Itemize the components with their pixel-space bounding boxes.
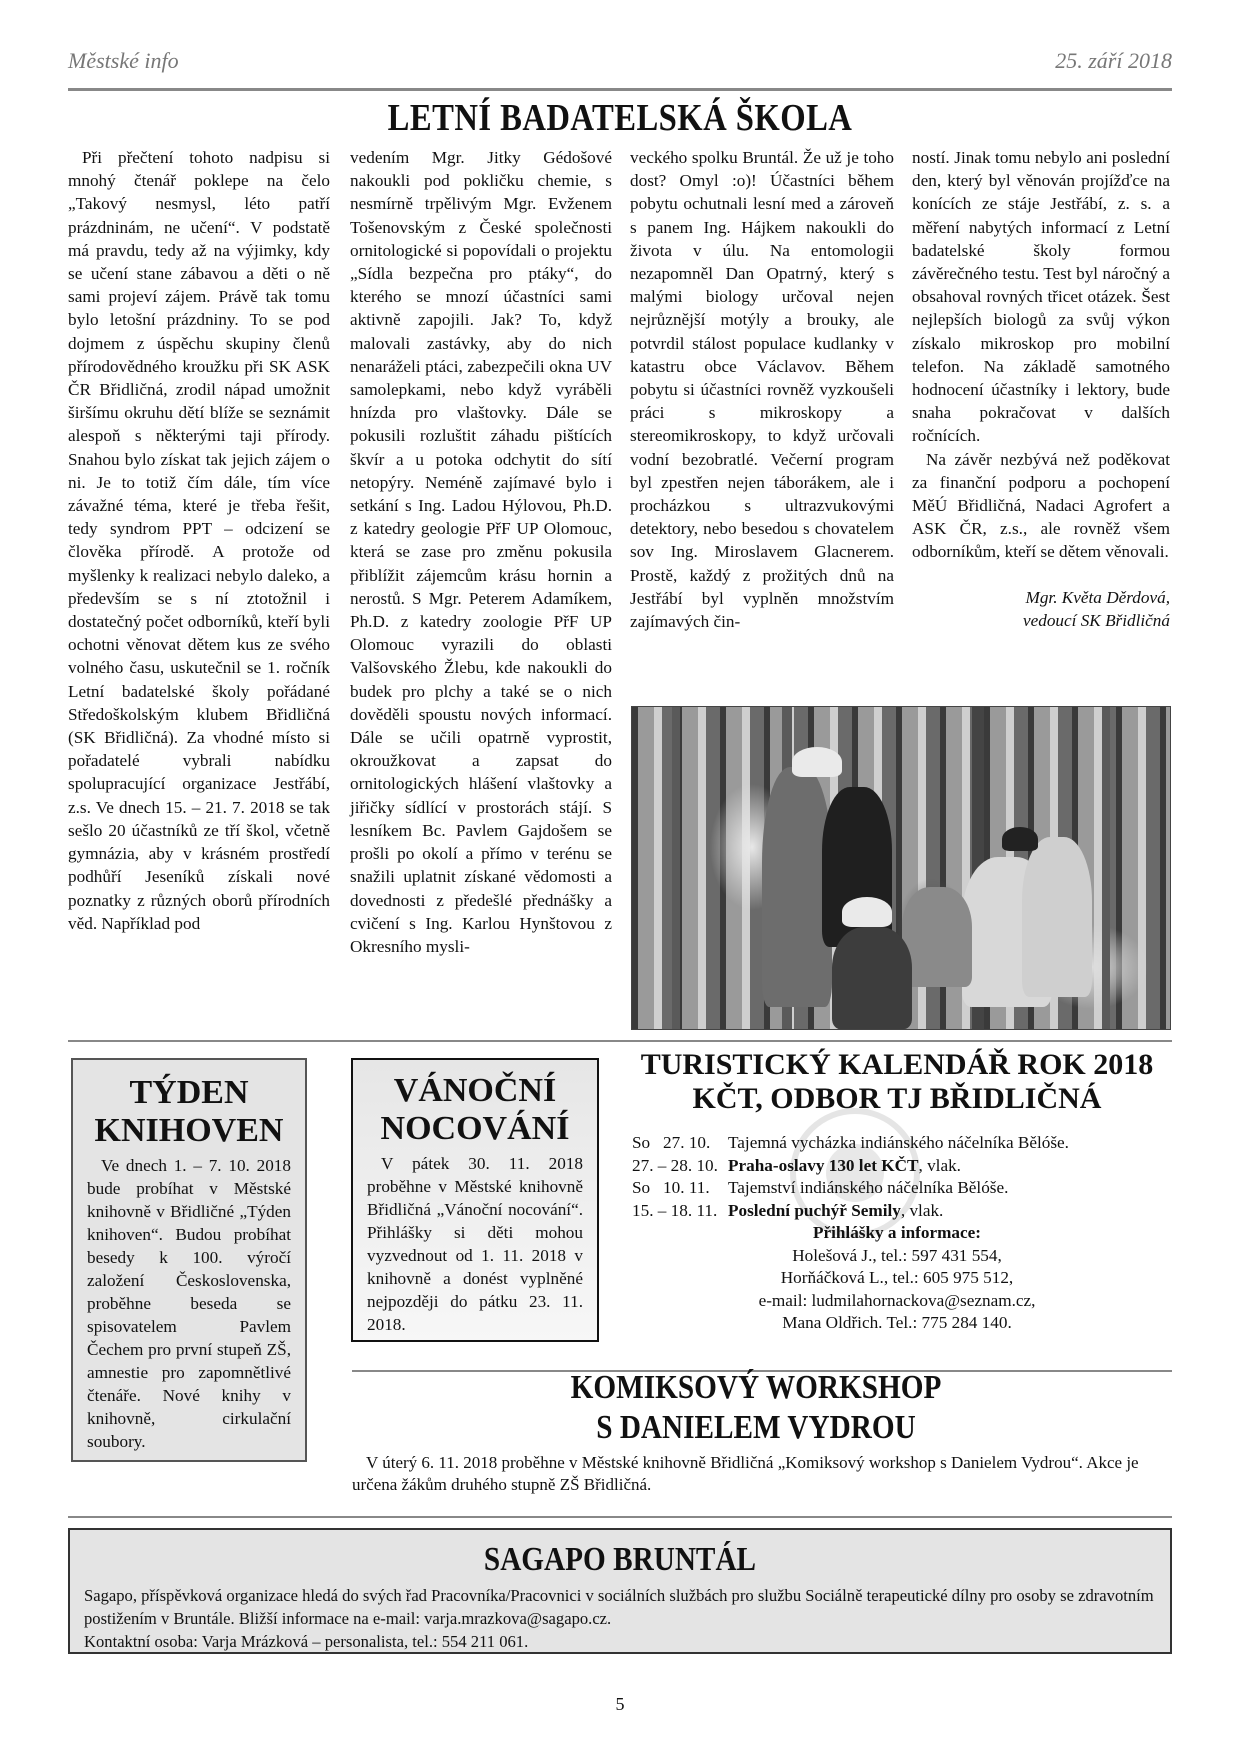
box-title: VÁNOČNÍ (353, 1072, 597, 1110)
calendar-event: So 27. 10. Tajemná vycházka indiánského … (632, 1132, 1172, 1155)
box-body: V pátek 30. 11. 2018 proběhne v Městské … (353, 1148, 597, 1336)
event-text: Tajemství indiánského náčelníka Bělóše. (728, 1178, 1008, 1197)
contact-heading: Přihlášky a informace: (622, 1222, 1172, 1245)
signature-name: Mgr. Květa Děrdová, (912, 586, 1170, 609)
box-vanocni-nocovani: VÁNOČNÍ NOCOVÁNÍ V pátek 30. 11. 2018 pr… (351, 1058, 599, 1342)
article-column-1: Při přečtení tohoto nadpisu si mnohý čte… (68, 146, 330, 935)
sagapo-rule (68, 1516, 1172, 1518)
event-text: , vlak. (901, 1201, 943, 1220)
calendar-title: TURISTICKÝ KALENDÁŘ ROK 2018 KČT, ODBOR … (622, 1048, 1172, 1116)
issue-date: 25. září 2018 (1055, 48, 1172, 74)
calendar-event: So 10. 11. Tajemství indiánského náčelní… (632, 1177, 1172, 1200)
komiks-title: KOMIKSOVÝ WORKSHOP S DANIELEM VYDROU (398, 1368, 1114, 1448)
komiks-title-line2: S DANIELEM VYDROU (398, 1408, 1114, 1448)
event-date: 15. – 18. 11. (632, 1200, 728, 1223)
komiks-body: V úterý 6. 11. 2018 proběhne v Městské k… (352, 1452, 1172, 1496)
header-rule (68, 88, 1172, 91)
calendar-event: 27. – 28. 10. Praha-oslavy 130 let KČT, … (632, 1155, 1172, 1178)
article-column-2: vedením Mgr. Jitky Gédošové nakoukli pod… (350, 146, 612, 958)
sagapo-text: Sagapo, příspěvková organizace hledá do … (84, 1584, 1156, 1630)
contact-line: Horňáčková L., tel.: 605 975 512, (622, 1267, 1172, 1290)
komiks-title-line1: KOMIKSOVÝ WORKSHOP (398, 1368, 1114, 1408)
article-column-3: veckého spolku Bruntál. Že už je toho do… (630, 146, 894, 633)
sagapo-contact: Kontaktní osoba: Varja Mrázková – person… (84, 1630, 1156, 1653)
calendar-title-line2: KČT, ODBOR TJ BŘIDLIČNÁ (622, 1082, 1172, 1116)
contact-line: Mana Oldřich. Tel.: 775 284 140. (622, 1312, 1172, 1335)
page-header: Městské info 25. září 2018 (68, 48, 1172, 82)
event-date: 27. – 28. 10. (632, 1155, 728, 1178)
article-title: LETNÍ BADATELSKÁ ŠKOLA (145, 96, 1094, 140)
sagapo-title: SAGAPO BRUNTÁL (147, 1540, 1093, 1580)
article-text: Při přečtení tohoto nadpisu si mnohý čte… (68, 146, 330, 935)
box-sagapo: SAGAPO BRUNTÁL Sagapo, příspěvková organ… (68, 1528, 1172, 1654)
article-closing: Na závěr nezbývá než poděkovat za finanč… (912, 448, 1170, 564)
section-rule (68, 1040, 1172, 1042)
event-title: Poslední puchýř Semily (728, 1201, 901, 1220)
signature-role: vedoucí SK Břidličná (912, 609, 1170, 632)
calendar-title-line1: TURISTICKÝ KALENDÁŘ ROK 2018 (622, 1048, 1172, 1082)
event-title: Praha-oslavy 130 let KČT (728, 1156, 918, 1175)
article-text: vedením Mgr. Jitky Gédošové nakoukli pod… (350, 146, 612, 958)
article-photo (631, 706, 1171, 1030)
contact-line: Holešová J., tel.: 597 431 554, (622, 1245, 1172, 1268)
event-text: , vlak. (918, 1156, 960, 1175)
event-date: So 27. 10. (632, 1132, 728, 1155)
calendar-events: So 27. 10. Tajemná vycházka indiánského … (632, 1132, 1172, 1222)
article-column-4: ností. Jinak tomu nebylo ani poslední de… (912, 146, 1170, 632)
event-date: So 10. 11. (632, 1177, 728, 1200)
article-text: veckého spolku Bruntál. Že už je toho do… (630, 146, 894, 633)
box-title: TÝDEN (73, 1074, 305, 1112)
publication-name: Městské info (68, 48, 179, 74)
calendar-event: 15. – 18. 11. Poslední puchýř Semily, vl… (632, 1200, 1172, 1223)
article-text: ností. Jinak tomu nebylo ani poslední de… (912, 146, 1170, 448)
box-title: KNIHOVEN (73, 1112, 305, 1150)
calendar-contact: Přihlášky a informace: Holešová J., tel.… (622, 1222, 1172, 1335)
box-tyden-knihoven: TÝDEN KNIHOVEN Ve dnech 1. – 7. 10. 2018… (71, 1058, 307, 1462)
contact-email[interactable]: e-mail: ludmilahornackova@seznam.cz, (622, 1290, 1172, 1313)
box-title: NOCOVÁNÍ (353, 1110, 597, 1148)
sagapo-body: Sagapo, příspěvková organizace hledá do … (70, 1580, 1170, 1653)
event-text: Tajemná vycházka indiánského náčelníka B… (728, 1133, 1069, 1152)
box-body: Ve dnech 1. – 7. 10. 2018 bude probíhat … (73, 1150, 305, 1453)
page-number: 5 (0, 1694, 1240, 1715)
